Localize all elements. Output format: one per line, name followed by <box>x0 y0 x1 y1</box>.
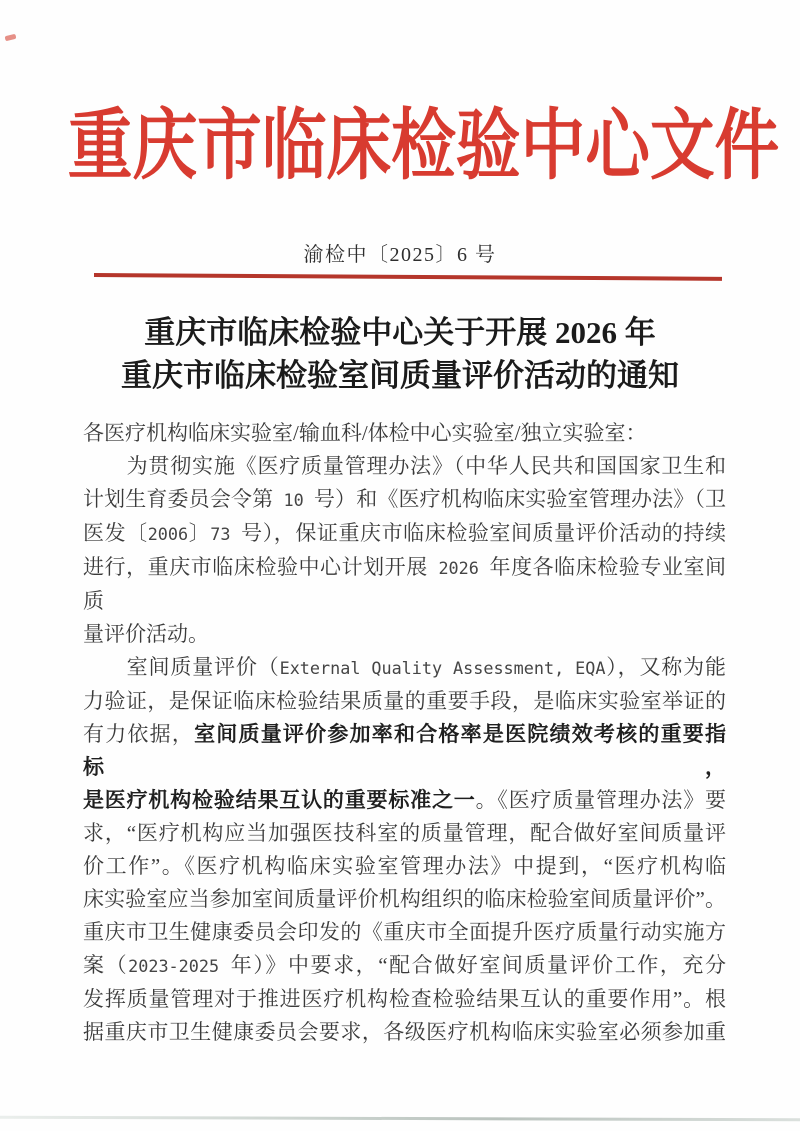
document-header: 重庆市临床检验中心文件 <box>0 98 800 194</box>
body-line: 价工作”。《医疗机构临床实验室管理办法》中提到，“医疗机构临 <box>83 850 726 883</box>
body-line: 发挥质量管理对于推进医疗机构检查检验结果互认的重要作用”。根 <box>83 983 726 1016</box>
org-title: 重庆市临床检验中心文件 <box>68 98 779 194</box>
body-line: 量评价活动。 <box>83 618 726 651</box>
text-segment: 年）》中要求，“配合做好室间质量评价工作，充分 <box>231 953 726 977</box>
text-segment: 10 <box>273 490 314 510</box>
text-segment: 进行，重庆市临床检验中心计划开展 <box>83 555 428 579</box>
body-line: 各医疗机构临床实验室/输血科/体检中心实验室/独立实验室： <box>83 417 726 450</box>
body-line: 求，“医疗机构应当加强医技科室的质量管理，配合做好室间质量评 <box>83 817 726 850</box>
text-segment: 床实验室应当参加室间质量评价机构组织的临床检验室间质量评价”。 <box>83 887 726 911</box>
text-segment: 2023-2025 <box>128 956 231 976</box>
body-line: 医发〔2006〕73 号），保证重庆市临床检验室间质量评价活动的持续 <box>83 517 726 551</box>
text-segment: 为贯彻实施《医疗质量管理办法》（中华人民共和国国家卫生和 <box>83 454 726 478</box>
text-segment: 2026 <box>428 558 490 578</box>
body-line: 重庆市卫生健康委员会印发的《重庆市全面提升医疗质量行动实施方 <box>83 916 726 949</box>
text-segment: 发挥质量管理对于推进医疗机构检查检验结果互认的重要作用”。根 <box>83 987 726 1011</box>
text-segment: 据重庆市卫生健康委员会要求，各级医疗机构临床实验室必须参加重 <box>83 1020 726 1044</box>
body-line: 力验证，是保证临床检验结果质量的重要手段，是临床实验室举证的 <box>83 685 726 718</box>
body-line: 为贯彻实施《医疗质量管理办法》（中华人民共和国国家卫生和 <box>83 450 726 483</box>
body-line: 案（2023-2025 年）》中要求，“配合做好室间质量评价工作，充分 <box>83 949 726 983</box>
text-segment: 室间质量评价（ <box>83 655 280 679</box>
body-line: 是医疗机构检验结果互认的重要标准之一。《医疗质量管理办法》要 <box>83 784 726 817</box>
text-segment: ），又称为能 <box>605 655 726 679</box>
text-segment: 是医疗机构检验结果互认的重要标准之一 <box>83 788 476 812</box>
text-segment: 力验证，是保证临床检验结果质量的重要手段，是临床实验室举证的 <box>83 689 726 713</box>
text-segment: 医发〔 <box>83 521 148 545</box>
text-segment: 价工作”。《医疗机构临床实验室管理办法》中提到，“医疗机构临 <box>83 854 726 878</box>
text-segment: 求，“医疗机构应当加强医技科室的质量管理，配合做好室间质量评 <box>83 821 726 845</box>
text-segment: 重庆市卫生健康委员会印发的《重庆市全面提升医疗质量行动实施方 <box>83 920 726 944</box>
text-segment: 有力依据， <box>83 722 194 746</box>
text-segment: 量评价活动。 <box>83 622 209 646</box>
doc-number: 渝检中〔2025〕6 号 <box>0 238 800 267</box>
body-line: 室间质量评价（External Quality Assessment, EQA）… <box>83 651 726 685</box>
doc-title-line2: 重庆市临床检验室间质量评价活动的通知 <box>0 354 800 397</box>
text-segment: 案（ <box>83 953 128 977</box>
paper-edge-shadow <box>0 1116 800 1122</box>
body-line: 据重庆市卫生健康委员会要求，各级医疗机构临床实验室必须参加重 <box>83 1016 726 1049</box>
red-rule-divider <box>94 273 722 281</box>
scan-artifact-mark <box>5 34 17 42</box>
text-segment: External Quality Assessment, EQA <box>280 658 606 678</box>
body-line: 进行，重庆市临床检验中心计划开展 2026 年度各临床检验专业室间质 <box>83 551 726 618</box>
body-line: 有力依据，室间质量评价参加率和合格率是医院绩效考核的重要指标， <box>83 718 726 784</box>
doc-title: 重庆市临床检验中心关于开展 2026 年 重庆市临床检验室间质量评价活动的通知 <box>0 311 800 397</box>
text-segment: 号）和《医疗机构临床实验室管理办法》（卫 <box>314 487 726 511</box>
text-segment: 计划生育委员会令第 <box>83 487 273 511</box>
document-page: 重庆市临床检验中心文件 渝检中〔2025〕6 号 重庆市临床检验中心关于开展 2… <box>0 0 800 1131</box>
body-line: 床实验室应当参加室间质量评价机构组织的临床检验室间质量评价”。 <box>83 883 726 916</box>
body-line: 计划生育委员会令第 10 号）和《医疗机构临床实验室管理办法》（卫 <box>83 483 726 517</box>
text-segment: 各医疗机构临床实验室/输血科/体检中心实验室/独立实验室： <box>83 421 647 445</box>
body-text: 各医疗机构临床实验室/输血科/体检中心实验室/独立实验室： 为贯彻实施《医疗质量… <box>83 417 726 1049</box>
text-segment: 。《医疗质量管理办法》要 <box>476 788 726 812</box>
text-segment: 73 <box>210 524 241 544</box>
text-segment: 2006 <box>148 524 188 544</box>
text-segment: 号），保证重庆市临床检验室间质量评价活动的持续 <box>241 521 726 545</box>
doc-title-line1: 重庆市临床检验中心关于开展 2026 年 <box>0 311 800 354</box>
text-segment: 〕 <box>188 521 210 545</box>
